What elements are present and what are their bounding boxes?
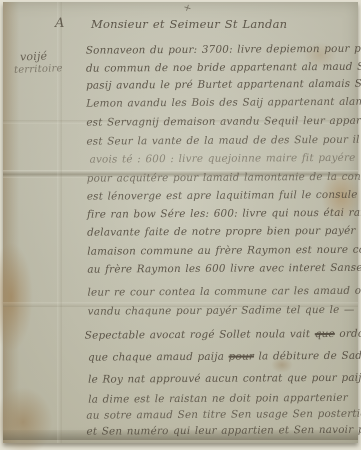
line-segment: Sepectable avocat rogé Sollet noula vait — [85, 328, 315, 342]
letter-body: Sonnaveon du pour: 3700: livre depiemon … — [1, 1, 359, 444]
text-line: delavante faite de notre propre bien pou… — [87, 225, 356, 239]
text-line: que chaque amaud paija pour la débiture … — [88, 350, 361, 364]
text-line: lamaison commune au frère Raymon est nou… — [87, 244, 361, 258]
text-line: vandu chaqune pour payér Sadime tel que … — [88, 304, 355, 318]
line-segment: est Seur la vante de la maud de des Sule… — [86, 133, 361, 147]
line-segment: Lemon avandu les Bois des Saij appartena… — [86, 95, 361, 109]
line-segment: delavante faite de notre propre bien pou… — [87, 225, 356, 239]
letter-paper: + A voijé territoire Monsieur et Seimeur… — [3, 2, 358, 443]
text-line: fire ran bow Sére les: 600: livre qui no… — [87, 207, 361, 221]
text-line: est lénoverge est apre laquitiman fuil l… — [87, 189, 358, 203]
text-line: Lemon avandu les Bois des Saij appartena… — [86, 95, 361, 109]
text-line: leur re cour contea la commune car les a… — [87, 285, 361, 299]
text-line: du commun de noe bride appartenant ala m… — [86, 61, 361, 75]
struck-word: pour — [229, 350, 254, 362]
line-segment: est lénoverge est apre laquitiman fuil l… — [87, 189, 358, 203]
text-line: Sonnaveon du pour: 3700: livre depiemon … — [86, 42, 361, 56]
text-line: au frère Raymon les 600 livre avec inter… — [87, 262, 361, 276]
line-segment: leur re cour contea la commune car les a… — [87, 285, 361, 299]
line-segment: fire ran bow Sére les: 600: livre qui no… — [87, 207, 361, 221]
line-segment: la débiture de Sadime — [254, 350, 361, 363]
text-line: est Seur la vante de la maud de des Sule… — [86, 133, 361, 147]
line-segment: ordoné — [335, 328, 361, 340]
line-segment: est Servagnij demaison avandu Sequil leu… — [86, 114, 361, 128]
line-segment: lamaison commune au frère Raymon est nou… — [87, 244, 361, 258]
line-segment: que chaque amaud paija — [88, 351, 229, 364]
line-segment: au frère Raymon les 600 livre avec inter… — [87, 262, 361, 276]
line-segment: la dime est le raistan ne doit poin appa… — [88, 392, 348, 406]
line-segment: avois té : 600 : livre quejoinne maire f… — [90, 152, 356, 166]
struck-word: que — [315, 328, 335, 340]
line-segment: pour acquitére pour lamaid lamontanie de… — [87, 171, 361, 185]
line-segment: pasij avandu le pré Burtet appartenant a… — [86, 78, 361, 92]
text-line: la dime est le raistan ne doit poin appa… — [88, 392, 348, 406]
line-segment: Sonnaveon du pour: 3700: livre depiemon … — [86, 42, 361, 56]
text-line: pour acquitére pour lamaid lamontanie de… — [87, 171, 361, 185]
line-segment: du commun de noe bride appartenant ala m… — [86, 61, 361, 75]
text-line: est Servagnij demaison avandu Sequil leu… — [86, 114, 361, 128]
text-line: et Sen numéro qui leur appartien et Sen … — [86, 424, 361, 438]
text-line: avois té : 600 : livre quejoinne maire f… — [90, 152, 356, 166]
text-line: au sotre amaud Sen titre Sen usage Sen p… — [86, 408, 361, 422]
text-line: le Roy nat approuvé aucun contrat que po… — [88, 372, 361, 386]
line-segment: et Sen numéro qui leur appartien et Sen … — [86, 424, 361, 438]
line-segment: le Roy nat approuvé aucun contrat que po… — [88, 372, 361, 386]
text-line: Sepectable avocat rogé Sollet noula vait… — [85, 328, 361, 342]
text-line: pasij avandu le pré Burtet appartenant a… — [86, 78, 361, 92]
line-segment: au sotre amaud Sen titre Sen usage Sen p… — [86, 408, 361, 422]
scanned-letter: + A voijé territoire Monsieur et Seimeur… — [0, 0, 361, 450]
line-segment: vandu chaqune pour payér Sadime tel que … — [88, 304, 355, 318]
